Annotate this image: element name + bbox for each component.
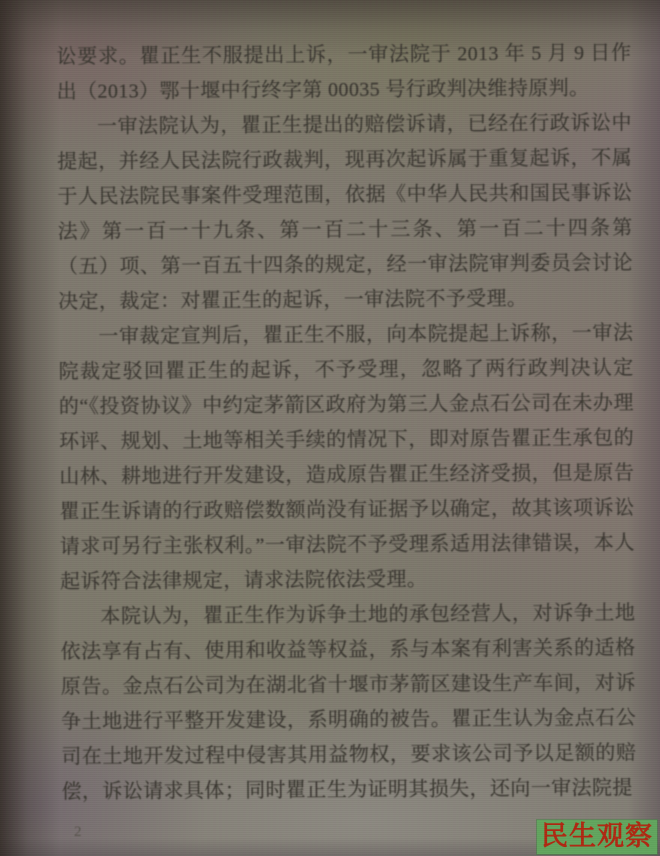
paragraph-appeal-claims: 一审裁定宣判后，瞿正生不服，向本院提起上诉称，一审法院裁定驳回瞿正生的起诉，不予… <box>58 316 635 600</box>
watermark-label: 民生观察 <box>541 821 653 851</box>
paragraph-first-instance-holding: 一审法院认为，瞿正生提出的赔偿诉请，已经在行政诉讼中提起，并经人民法院行政裁判，… <box>57 106 633 320</box>
paragraph-court-opinion: 本院认为，瞿正生作为诉争土地的承包经营人，对诉争土地依法享有占有、使用和收益等权… <box>60 596 636 810</box>
watermark-badge: 民生观察 <box>537 820 657 854</box>
page-number: 2 <box>74 824 82 841</box>
paragraph-continuation: 讼要求。瞿正生不服提出上诉，一审法院于 2013 年 5 月 9 日作出（201… <box>56 36 631 110</box>
document-page-text: 讼要求。瞿正生不服提出上诉，一审法院于 2013 年 5 月 9 日作出（201… <box>56 36 636 810</box>
document-photo: 讼要求。瞿正生不服提出上诉，一审法院于 2013 年 5 月 9 日作出（201… <box>0 0 660 856</box>
